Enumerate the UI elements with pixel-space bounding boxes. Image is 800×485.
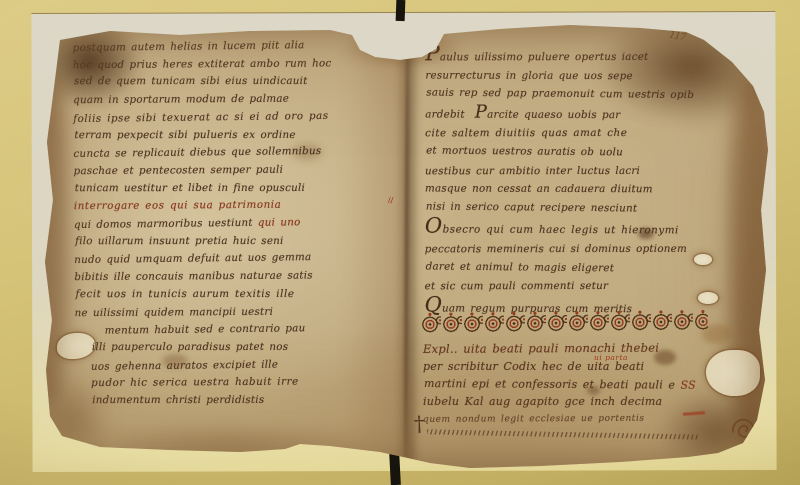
manuscript-line: paschae et pentecosten semper pauli — [74, 161, 396, 181]
manuscript-line: sed de quem tunicam sibi eius uindicauit — [74, 73, 396, 91]
colophon-line: per scribitur Codix hec de uita beati — [423, 358, 753, 376]
manuscript-line: et mortuos uestros auratis ob uolu — [426, 141, 746, 163]
colophon-line: martini epi et confessoris et beati paul… — [424, 375, 754, 395]
pen-trials — [427, 429, 699, 439]
manuscript-line: nisi in serico caput recipere nesciunt — [426, 197, 746, 219]
manuscript-line: et sic cum pauli commenti setur — [425, 277, 745, 296]
left-page-text: postquam autem helias in lucem piit alia… — [73, 37, 398, 411]
manuscript-photo: 117 postquam autem helias in lucem piit … — [0, 0, 800, 485]
explicit-line: Expl.. uita beati pauli monachi thebei — [423, 339, 753, 359]
manuscript-line: illi pauperculo paradisus patet nos — [92, 339, 398, 357]
gutter-fold-line — [404, 32, 409, 464]
manuscript-line-segment: qui domos marmoribus uestiunt — [74, 217, 258, 231]
manuscript-line: resurrecturus in gloria que uos sepe — [425, 66, 745, 86]
manuscript-line: ardebitParcite quaeso uobis par — [425, 103, 745, 125]
manuscript-line: mentum habuit sed e contrario pau — [105, 319, 397, 340]
colophon-line-segment: martini epi et confessoris et beati paul… — [424, 377, 681, 392]
manuscript-line: Paulus uilissimo puluere opertus iacet — [425, 44, 745, 67]
manuscript-line: tunicam uestitur et libet in fine opuscu… — [75, 179, 397, 197]
manuscript-line: indumentum christi perdidistis — [92, 392, 398, 410]
cross-mark: † — [414, 412, 425, 436]
manuscript-line: daret et animul to magis eligeret — [426, 257, 746, 279]
manuscript-line: Obsecro qui cum haec legis ut hieronymi — [425, 217, 745, 241]
ornamental-band — [420, 308, 708, 335]
right-page-text: Paulus uilissimo puluere opertus iacet r… — [425, 43, 746, 318]
parchment-bifolium: 117 postquam autem helias in lucem piit … — [42, 24, 769, 468]
manuscript-line: uestibus cur ambitio inter luctus lacri — [425, 161, 745, 180]
manuscript-line: hoc quod prius heres extiterat ambo rum … — [73, 55, 395, 75]
manuscript-line-segment: Parcite quaeso uobis par — [475, 103, 621, 124]
manuscript-line: masque non cessat an cadauera diuitum — [425, 180, 745, 200]
manuscript-line: foliis ipse sibi texuerat ac si ei ad or… — [73, 107, 395, 129]
manuscript-line: peccatoris memineris cui si dominus opti… — [425, 240, 745, 259]
manuscript-line: sauis rep sed pap praemonuit cum uestris… — [426, 84, 746, 106]
manuscript-line-segment: ardebit — [425, 108, 465, 120]
manuscript-line: cite saltem diuitiis quas amat che — [425, 124, 745, 143]
interlinear-gloss: ui parta — [594, 353, 628, 362]
mount-strap-top — [396, 0, 406, 21]
colophon-line: iubelu Kal aug agapito gce inch decima — [423, 393, 753, 411]
manuscript-line: bibitis ille concauis manibus naturae sa… — [74, 267, 396, 287]
rubric-tail: qui uno — [258, 216, 301, 229]
mount-strap-bottom — [389, 452, 401, 485]
rubric-tail: SS — [681, 378, 696, 391]
manuscript-line: pudor hic serica uestra habuit irre — [91, 373, 397, 393]
manuscript-line: qui domos marmoribus uestiunt qui uno — [74, 213, 396, 235]
colophon-text: Expl.. uita beati pauli monachi thebei p… — [423, 340, 753, 429]
manuscript-line: fecit uos in tunicis aurum texitis ille — [75, 286, 397, 304]
manuscript-line: uos gehenna auratos excipiet ille — [91, 355, 397, 376]
